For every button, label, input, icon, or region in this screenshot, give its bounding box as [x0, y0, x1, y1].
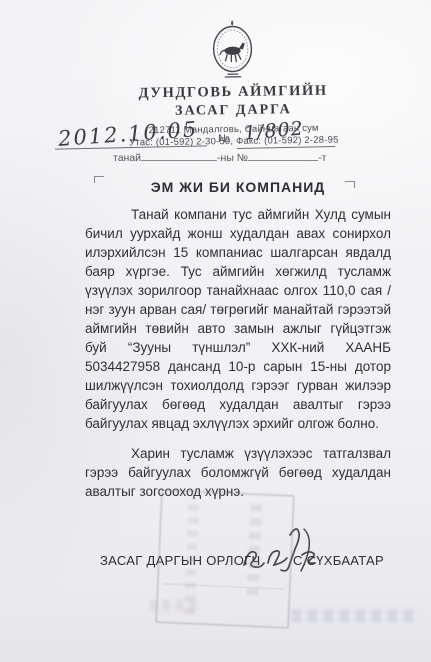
org-name-line2: ЗАСАГ ДАРГА	[35, 100, 431, 122]
recipient-suffix: -т	[318, 152, 326, 164]
stamp-divider	[163, 583, 285, 589]
recipient-blank-line: танай-ны №-т	[113, 150, 326, 164]
recipient-blank-2	[248, 150, 318, 161]
handwritten-number: 1/802	[243, 117, 304, 144]
scanned-letter-page: ДУНДГОВЬ АЙМГИЙН ЗАСАГ ДАРГА 212711 Манд…	[0, 0, 431, 662]
body-paragraph-1: Танай компани тус аймгийн Хулд сумын бич…	[85, 205, 391, 433]
bleed-through-text	[292, 609, 420, 622]
number-symbol: №	[218, 133, 230, 145]
bleed-through-text	[150, 600, 198, 611]
stamp-ghost-text-column	[184, 500, 200, 614]
number-underline	[237, 145, 335, 149]
reference-block: 2012.10.05 № 1/802 танай-ны №-т	[0, 120, 431, 180]
recipient-blank-1	[141, 150, 217, 161]
letter-body: Танай компани тус аймгийн Хулд сумын бич…	[85, 205, 391, 501]
recipient-middle: -ны №	[217, 152, 248, 164]
dundgovi-aimag-emblem-icon	[205, 18, 260, 81]
stamp-ghost-text-column	[246, 499, 262, 595]
addressee-title: ЭМ ЖИ БИ КОМПАНИД	[85, 179, 391, 195]
recipient-prefix: танай	[113, 152, 141, 164]
